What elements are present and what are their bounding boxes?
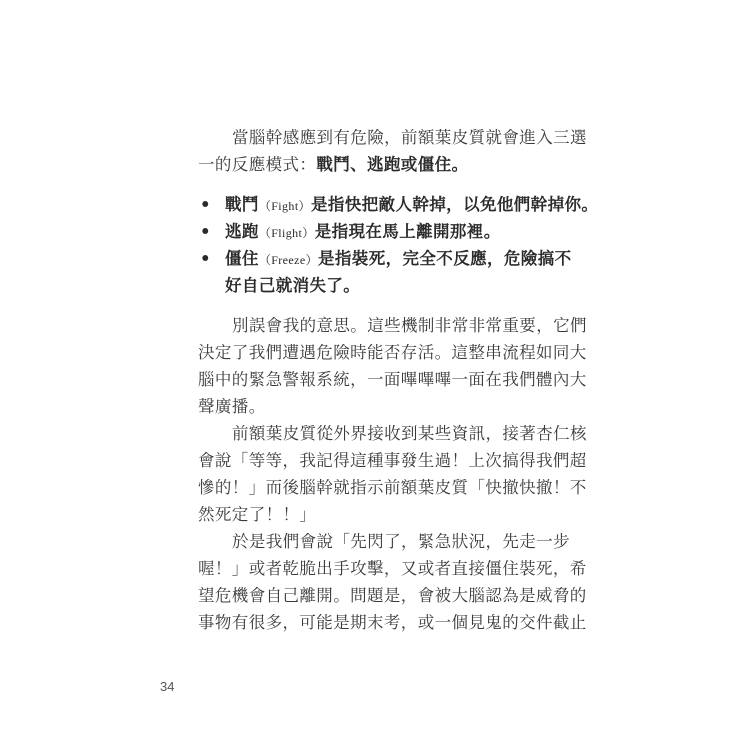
bullet-term: 僵住	[225, 249, 259, 268]
bullet-flight: • 逃跑（Flight）是指現在馬上離開那裡。	[198, 218, 548, 245]
paragraph-1: 別誤會我的意思。這些機制非常非常重要，它們 決定了我們遭遇危險時能否存活。這整串…	[198, 312, 548, 420]
paragraph-line: 決定了我們遭遇危險時能否存活。這整串流程如同大	[198, 339, 548, 366]
bullet-freeze-cont: 好自己就消失了。	[198, 272, 548, 299]
bullet-icon: •	[200, 218, 211, 245]
bullet-latin: （Fight）	[259, 199, 311, 213]
paragraph-line: 然死定了！！」	[198, 501, 548, 528]
paragraph-line: 喔！」或者乾脆出手攻擊，又或者直接僵住裝死，希	[198, 555, 548, 582]
bullet-term: 逃跑	[225, 222, 259, 241]
paragraph-line: 慘的！」而後腦幹就指示前額葉皮質「快撤快撤！不	[198, 474, 548, 501]
paragraph-line: 於是我們會說「先閃了，緊急狀況，先走一步	[198, 528, 548, 555]
intro-line-1: 當腦幹感應到有危險，前額葉皮質就會進入三選	[198, 124, 548, 151]
paragraph-line: 聲廣播。	[198, 393, 548, 420]
bullet-fight: • 戰鬥（Fight）是指快把敵人幹掉，以免他們幹掉你。	[198, 191, 548, 218]
bullet-text: 是指現在馬上離開那裡。	[315, 222, 501, 241]
paragraph-line: 會說「等等，我記得這種事發生過！上次搞得我們超	[198, 447, 548, 474]
bullet-icon: •	[200, 191, 211, 218]
bullet-icon: •	[200, 245, 211, 272]
intro-prefix: 一的反應模式：	[198, 155, 316, 174]
paragraph-line: 腦中的緊急警報系統，一面嗶嗶嗶一面在我們體內大	[198, 366, 548, 393]
bullet-freeze: • 僵住（Freeze）是指裝死，完全不反應，危險搞不	[198, 245, 548, 272]
intro-line-2: 一的反應模式：戰鬥、逃跑或僵住。	[198, 151, 548, 178]
paragraph-line: 前額葉皮質從外界接收到某些資訊，接著杏仁核	[198, 420, 548, 447]
bullet-latin: （Freeze）	[259, 253, 318, 267]
bullet-term: 戰鬥	[225, 195, 259, 214]
bullet-text: 是指裝死，完全不反應，危險搞不	[318, 249, 572, 268]
bullet-text: 是指快把敵人幹掉，以免他們幹掉你。	[311, 195, 598, 214]
intro-emphasis: 戰鬥、逃跑或僵住。	[316, 155, 468, 174]
paragraph-line: 別誤會我的意思。這些機制非常非常重要，它們	[198, 312, 548, 339]
paragraph-3: 於是我們會說「先閃了，緊急狀況，先走一步 喔！」或者乾脆出手攻擊，又或者直接僵住…	[198, 528, 548, 636]
page-number: 34	[160, 679, 174, 694]
paragraph-line: 望危機會自己離開。問題是，會被大腦認為是威脅的	[198, 582, 548, 609]
paragraph-2: 前額葉皮質從外界接收到某些資訊，接著杏仁核 會說「等等，我記得這種事發生過！上次…	[198, 420, 548, 528]
paragraph-line: 事物有很多，可能是期末考，或一個見鬼的交件截止	[198, 609, 548, 636]
bullet-latin: （Flight）	[259, 226, 315, 240]
page-body: 當腦幹感應到有危險，前額葉皮質就會進入三選 一的反應模式：戰鬥、逃跑或僵住。 •…	[198, 124, 548, 636]
